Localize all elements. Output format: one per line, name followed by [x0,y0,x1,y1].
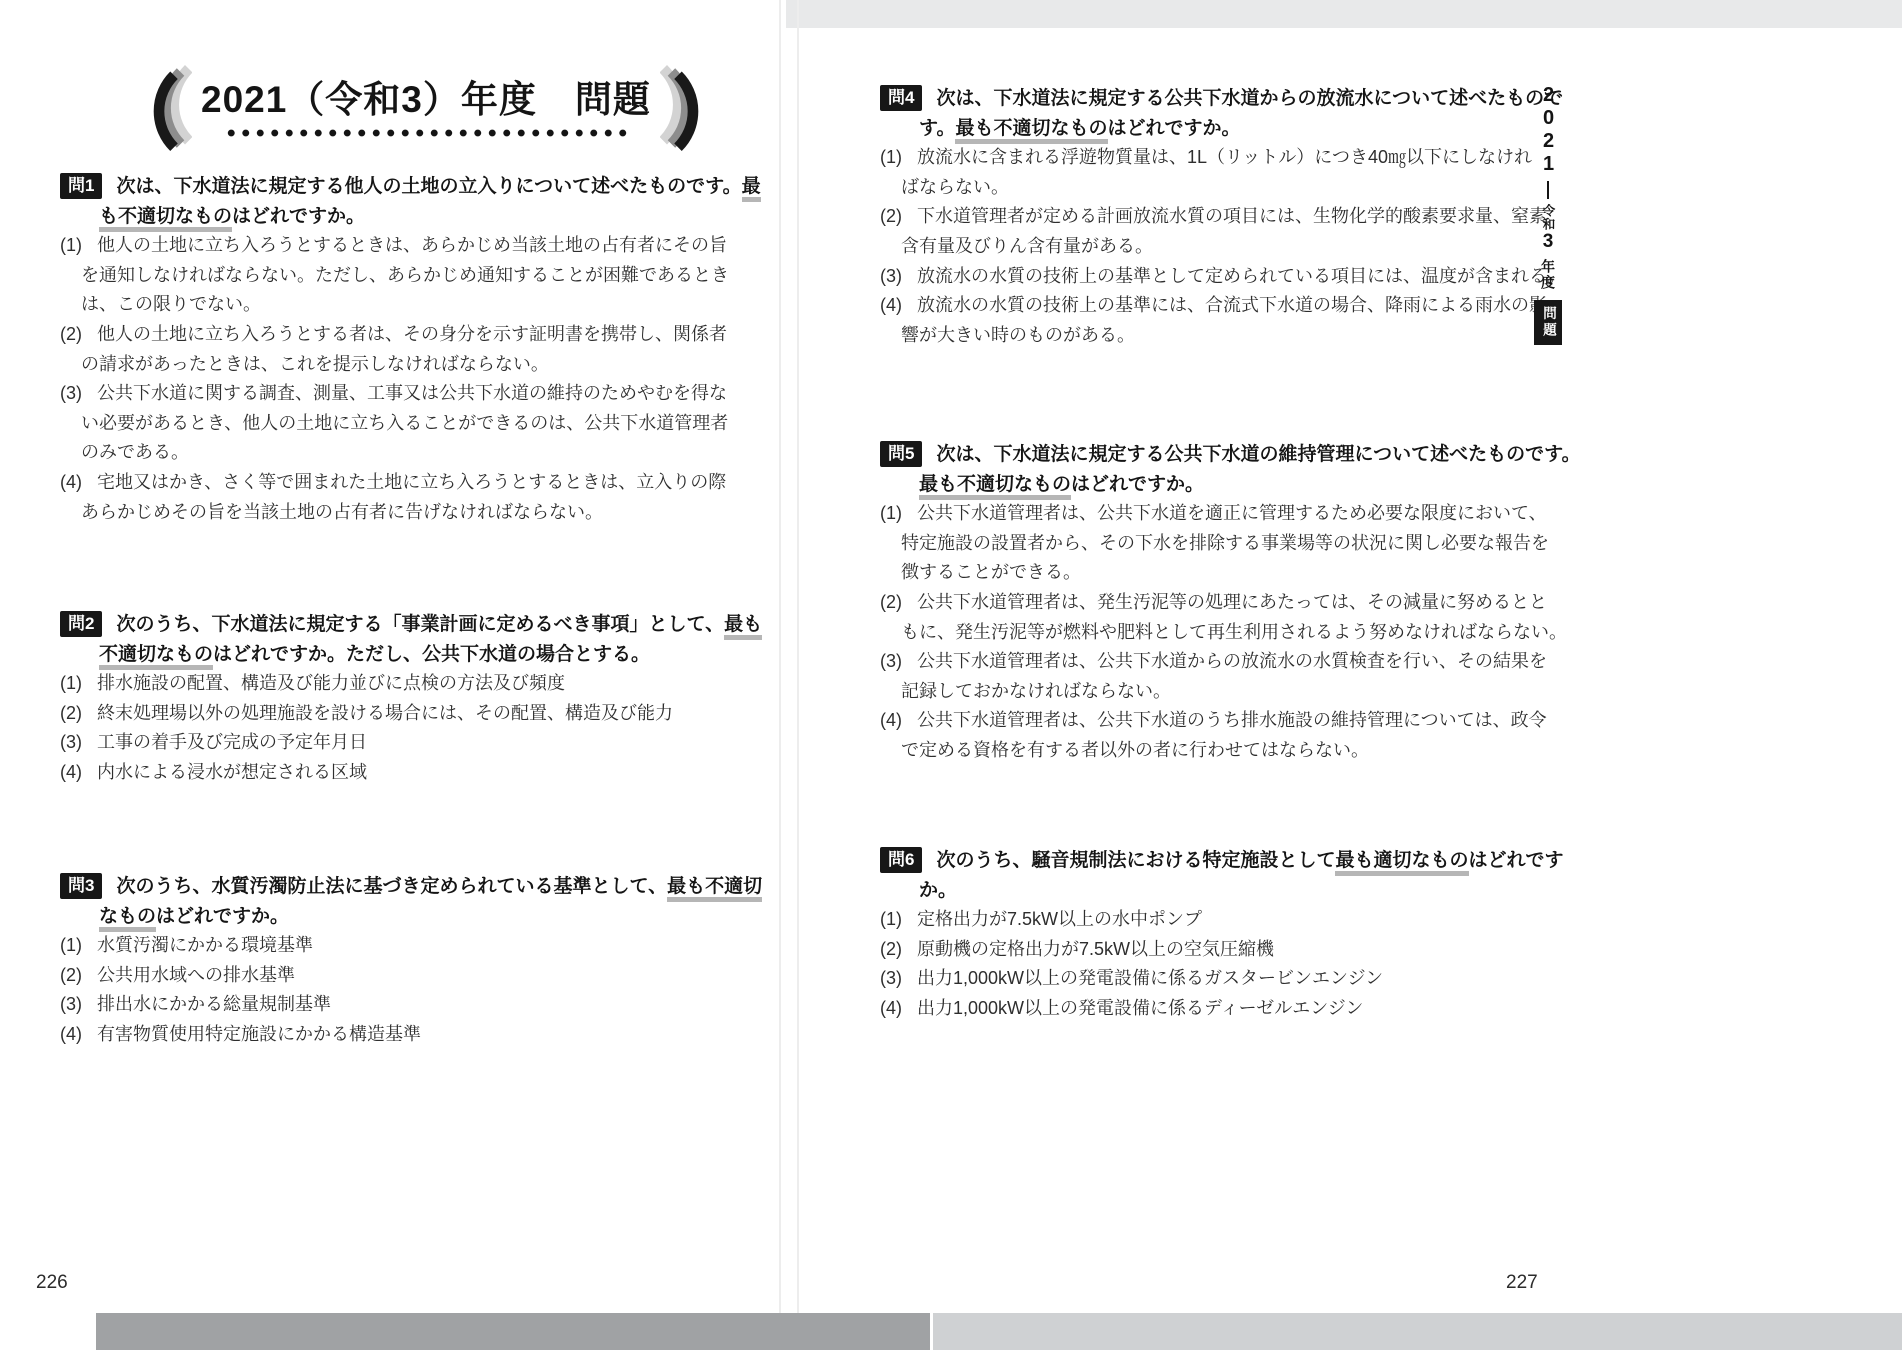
question-badge: 問2 [60,611,102,637]
heading-text: 次は、下水道法に規定する他人の土地の立入りについて述べたものです。 [116,176,741,197]
option-text: 排水施設の配置、構造及び能力並びに点検の方法及び頻度 [97,673,565,693]
option-text: 公共下水道管理者は、公共下水道を適正に管理するため必要な限度において、 [917,503,1547,523]
underlined-text: 最も不適切なもの [919,474,1071,500]
year-title-banner: 2021（令和3）年度 問題 [138,56,714,160]
heading-text: 次のうち、下水道法に規定する「事業計画に定めるべき事項」として、 [116,614,724,635]
question-block-問4: 問4次は、下水道法に規定する公共下水道からの放流水について述べたものです。最も不… [880,84,1592,350]
question-heading-line: 問1次は、下水道法に規定する他人の土地の立入りについて述べたものです。最 [60,172,772,202]
option-text: ばならない。 [901,177,1009,197]
option-text: 公共用水域への排水基準 [97,965,295,985]
option-text: 響が大きい時のものがある。 [901,325,1135,345]
tab-mondai-label: 問題 [1538,306,1558,339]
heading-text: はどれですか。ただし、公共下水道の場合とする。 [213,644,650,665]
question-block-問5: 問5次は、下水道法に規定する公共下水道の維持管理について述べたものです。最も不適… [880,440,1592,766]
option-text: 下水道管理者が定める計画放流水質の項目には、生物化学的酸素要求量、窒素 [917,206,1547,226]
question-block-問2: 問2次のうち、下水道法に規定する「事業計画に定めるべき事項」として、最も不適切な… [60,610,772,788]
heading-text: か。 [919,880,957,901]
page-number-left: 226 [36,1272,68,1294]
option-number: (1) [60,931,97,961]
option-text: 含有量及びりん含有量がある。 [901,236,1153,256]
tab-year: 2021 [1537,84,1560,176]
question-heading-line: も不適切なものはどれですか。 [60,202,772,232]
option-line: (3)放流水の水質の技術上の基準として定められている項目には、温度が含まれる。 [880,262,1592,292]
option-line: (2)下水道管理者が定める計画放流水質の項目には、生物化学的酸素要求量、窒素 [880,202,1592,232]
option-number: (3) [880,262,917,292]
option-line: (1)放流水に含まれる浮遊物質量は、1L（リットル）につき40㎎以下にしなけれ [880,143,1592,173]
option-line: (3)工事の着手及び完成の予定年月日 [60,728,772,758]
option-line: 響が大きい時のものがある。 [880,321,1592,351]
option-number: (4) [880,706,917,736]
option-line: (3)排出水にかかる総量規制基準 [60,990,772,1020]
option-line: (4)内水による浸水が想定される区域 [60,758,772,788]
option-number: (2) [60,320,97,350]
heading-text: はどれですか。 [1071,474,1204,495]
option-text: 出力1,000kW以上の発電設備に係るガスタービンエンジン [917,968,1383,988]
option-text: で定める資格を有する者以外の者に行わせてはならない。 [901,740,1369,760]
heading-text: はどれです [1469,850,1564,871]
question-heading-line: 不適切なものはどれですか。ただし、公共下水道の場合とする。 [60,640,772,670]
option-line: 含有量及びりん含有量がある。 [880,232,1592,262]
option-line: (1)排水施設の配置、構造及び能力並びに点検の方法及び頻度 [60,669,772,699]
tab-era: 令和 [1539,204,1557,231]
option-text: 終末処理場以外の処理施設を設ける場合には、その配置、構造及び能力 [97,703,673,723]
option-number: (4) [880,291,917,321]
heading-text: す。 [919,118,955,139]
title-dotted-rule [224,129,629,137]
option-text: 水質汚濁にかかる環境基準 [97,935,313,955]
option-number: (2) [880,935,917,965]
option-text: 他人の土地に立ち入ろうとする者は、その身分を示す証明書を携帯し、関係者 [97,324,727,344]
page-gutter-shadow [797,0,799,1313]
option-line: (1)水質汚濁にかかる環境基準 [60,931,772,961]
page-right: 問4次は、下水道法に規定する公共下水道からの放流水について述べたものです。最も不… [880,0,1592,1313]
option-text: は、この限りでない。 [81,294,261,314]
heading-text: はどれですか。 [1108,118,1241,139]
option-number: (3) [880,647,917,677]
option-line: (4)公共下水道管理者は、公共下水道のうち排水施設の維持管理については、政令 [880,706,1592,736]
underlined-text: も不適切なもの [99,206,232,232]
option-number: (1) [880,143,917,173]
option-number: (2) [60,961,97,991]
option-line: (3)公共下水道に関する調査、測量、工事又は公共下水道の維持のためやむを得な [60,379,772,409]
option-text: 他人の土地に立ち入ろうとするときは、あらかじめ当該土地の占有者にその旨 [97,235,727,255]
option-line: で定める資格を有する者以外の者に行わせてはならない。 [880,736,1592,766]
option-text: 記録しておかなければならない。 [901,681,1171,701]
tab-rule [1547,181,1549,199]
heading-text: 次は、下水道法に規定する公共下水道の維持管理について述べたものです。 [936,444,1580,465]
option-line: (1)他人の土地に立ち入ろうとするときは、あらかじめ当該土地の占有者にその旨 [60,231,772,261]
underlined-text: 最も不適切 [667,876,762,902]
option-text: のみである。 [81,442,189,462]
option-text: 公共下水道に関する調査、測量、工事又は公共下水道の維持のためやむを得な [97,383,727,403]
option-line: (3)公共下水道管理者は、公共下水道からの放流水の水質検査を行い、その結果を [880,647,1592,677]
question-heading-line: 問5次は、下水道法に規定する公共下水道の維持管理について述べたものです。 [880,440,1592,470]
option-line: (2)公共下水道管理者は、発生汚泥等の処理にあたっては、その減量に努めるとと [880,588,1592,618]
option-line: (1)定格出力が7.5kW以上の水中ポンプ [880,905,1592,935]
option-text: 排出水にかかる総量規制基準 [97,994,331,1014]
option-number: (4) [60,1020,97,1050]
option-text: を通知しなければならない。ただし、あらかじめ通知することが困難であるとき [81,265,729,285]
option-line: 特定施設の設置者から、その下水を排除する事業場等の状況に関し必要な報告を [880,529,1592,559]
option-text: 公共下水道管理者は、公共下水道のうち排水施設の維持管理については、政令 [917,710,1547,730]
heading-text: 次のうち、水質汚濁防止法に基づき定められている基準として、 [116,876,667,897]
option-number: (3) [60,379,97,409]
option-number: (3) [60,990,97,1020]
question-badge: 問4 [880,85,922,111]
option-line: の請求があったときは、これを提示しなければならない。 [60,350,772,380]
question-heading-line: 問2次のうち、下水道法に規定する「事業計画に定めるべき事項」として、最も [60,610,772,640]
question-heading-line: 最も不適切なものはどれですか。 [880,470,1592,500]
question-block-問6: 問6次のうち、騒音規制法における特定施設として最も適切なものはどれですか。(1)… [880,846,1592,1024]
option-number: (3) [880,964,917,994]
question-heading-line: す。最も不適切なものはどれですか。 [880,114,1592,144]
option-text: 内水による浸水が想定される区域 [97,762,367,782]
bottom-band-right [933,1313,1902,1350]
option-text: の請求があったときは、これを提示しなければならない。 [81,354,549,374]
underlined-text: 最 [742,176,761,202]
heading-text: 次のうち、騒音規制法における特定施設として [936,850,1335,871]
option-text: 放流水に含まれる浮遊物質量は、1L（リットル）につき40㎎以下にしなけれ [917,147,1532,167]
question-block-問1: 問1次は、下水道法に規定する他人の土地の立入りについて述べたものです。最も不適切… [60,172,772,527]
option-line: (4)有害物質使用特定施設にかかる構造基準 [60,1020,772,1050]
option-line: を通知しなければならない。ただし、あらかじめ通知することが困難であるとき [60,261,772,291]
title-bracket-left-icon [138,56,192,160]
option-text: もに、発生汚泥等が燃料や肥料として再生利用されるよう努めなければならない。 [901,622,1567,642]
option-number: (4) [60,468,97,498]
option-number: (2) [880,588,917,618]
option-line: 徴することができる。 [880,558,1592,588]
option-text: 工事の着手及び完成の予定年月日 [97,732,367,752]
question-block-問3: 問3次のうち、水質汚濁防止法に基づき定められている基準として、最も不適切なものは… [60,872,772,1050]
heading-text: 次は、下水道法に規定する公共下水道からの放流水について述べたもので [936,88,1563,109]
edge-tab: 2021 令和 3 年度 問題 [1533,84,1563,345]
underlined-text: 不適切なもの [99,644,213,670]
tab-nendo: 年度 [1538,259,1558,291]
option-text: 放流水の水質の技術上の基準には、合流式下水道の場合、降雨による雨水の影 [917,295,1547,315]
question-heading-line: か。 [880,876,1592,906]
heading-text: はどれですか。 [156,906,289,927]
bottom-band-left [96,1313,930,1350]
option-line: (4)出力1,000kW以上の発電設備に係るディーゼルエンジン [880,994,1592,1024]
option-number: (1) [60,669,97,699]
option-line: 記録しておかなければならない。 [880,677,1592,707]
option-text: 宅地又はかき、さく等で囲まれた土地に立ち入ろうとするときは、立入りの際 [97,472,726,492]
option-text: 公共下水道管理者は、公共下水道からの放流水の水質検査を行い、その結果を [917,651,1547,671]
option-line: (1)公共下水道管理者は、公共下水道を適正に管理するため必要な限度において、 [880,499,1592,529]
option-text: 放流水の水質の技術上の基準として定められている項目には、温度が含まれる。 [917,266,1565,286]
option-line: (4)放流水の水質の技術上の基準には、合流式下水道の場合、降雨による雨水の影 [880,291,1592,321]
question-heading-line: 問3次のうち、水質汚濁防止法に基づき定められている基準として、最も不適切 [60,872,772,902]
option-line: (4)宅地又はかき、さく等で囲まれた土地に立ち入ろうとするときは、立入りの際 [60,468,772,498]
question-badge: 問6 [880,847,922,873]
option-text: 特定施設の設置者から、その下水を排除する事業場等の状況に関し必要な報告を [901,533,1549,553]
tab-era-number: 3 [1543,232,1554,252]
option-line: (2)公共用水域への排水基準 [60,961,772,991]
underlined-text: 最も適切なもの [1335,850,1468,876]
underlined-text: なもの [99,906,156,932]
underlined-text: 最も不適切なもの [955,118,1107,144]
option-line: (2)原動機の定格出力が7.5kW以上の空気圧縮機 [880,935,1592,965]
option-text: あらかじめその旨を当該土地の占有者に告げなければならない。 [81,502,603,522]
option-number: (2) [880,202,917,232]
question-heading-line: 問6次のうち、騒音規制法における特定施設として最も適切なものはどれです [880,846,1592,876]
option-text: 出力1,000kW以上の発電設備に係るディーゼルエンジン [917,998,1363,1018]
option-line: い必要があるとき、他人の土地に立ち入ることができるのは、公共下水道管理者 [60,409,772,439]
option-text: 徴することができる。 [901,562,1081,582]
option-number: (3) [60,728,97,758]
option-number: (1) [880,499,917,529]
option-line: あらかじめその旨を当該土地の占有者に告げなければならない。 [60,498,772,528]
option-number: (2) [60,699,97,729]
title-bracket-right-icon [660,56,714,160]
page-left: 2021（令和3）年度 問題 問1次は、下水道法に規定する他人の土地の立入りにつ… [60,0,772,1313]
option-number: (4) [60,758,97,788]
option-text: 定格出力が7.5kW以上の水中ポンプ [917,909,1202,929]
option-text: 有害物質使用特定施設にかかる構造基準 [97,1024,421,1044]
option-text: い必要があるとき、他人の土地に立ち入ることができるのは、公共下水道管理者 [81,413,728,433]
option-line: のみである。 [60,438,772,468]
question-badge: 問3 [60,873,102,899]
question-heading-line: なものはどれですか。 [60,902,772,932]
page-title: 2021（令和3）年度 問題 [201,79,651,122]
question-heading-line: 問4次は、下水道法に規定する公共下水道からの放流水について述べたもので [880,84,1592,114]
option-number: (4) [880,994,917,1024]
option-line: (3)出力1,000kW以上の発電設備に係るガスタービンエンジン [880,964,1592,994]
option-line: もに、発生汚泥等が燃料や肥料として再生利用されるよう努めなければならない。 [880,618,1592,648]
option-text: 公共下水道管理者は、発生汚泥等の処理にあたっては、その減量に努めるとと [917,592,1547,612]
question-badge: 問1 [60,173,102,199]
option-text: 原動機の定格出力が7.5kW以上の空気圧縮機 [917,939,1274,959]
option-line: ばならない。 [880,173,1592,203]
heading-text: はどれですか。 [232,206,365,227]
option-line: (2)他人の土地に立ち入ろうとする者は、その身分を示す証明書を携帯し、関係者 [60,320,772,350]
tab-mondai-box: 問題 [1534,300,1562,345]
question-badge: 問5 [880,441,922,467]
option-number: (1) [60,231,97,261]
page-gutter-shadow [779,0,781,1313]
underlined-text: 最も [724,614,762,640]
option-line: は、この限りでない。 [60,290,772,320]
option-line: (2)終末処理場以外の処理施設を設ける場合には、その配置、構造及び能力 [60,699,772,729]
page-number-right: 227 [1506,1272,1538,1294]
option-number: (1) [880,905,917,935]
